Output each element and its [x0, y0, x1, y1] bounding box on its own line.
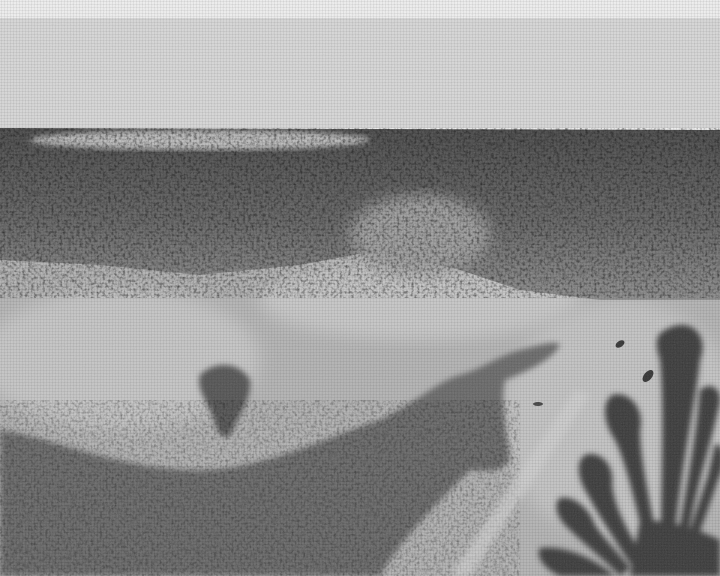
- fresco-photograph: [0, 0, 720, 576]
- fresco-scene: [0, 0, 720, 576]
